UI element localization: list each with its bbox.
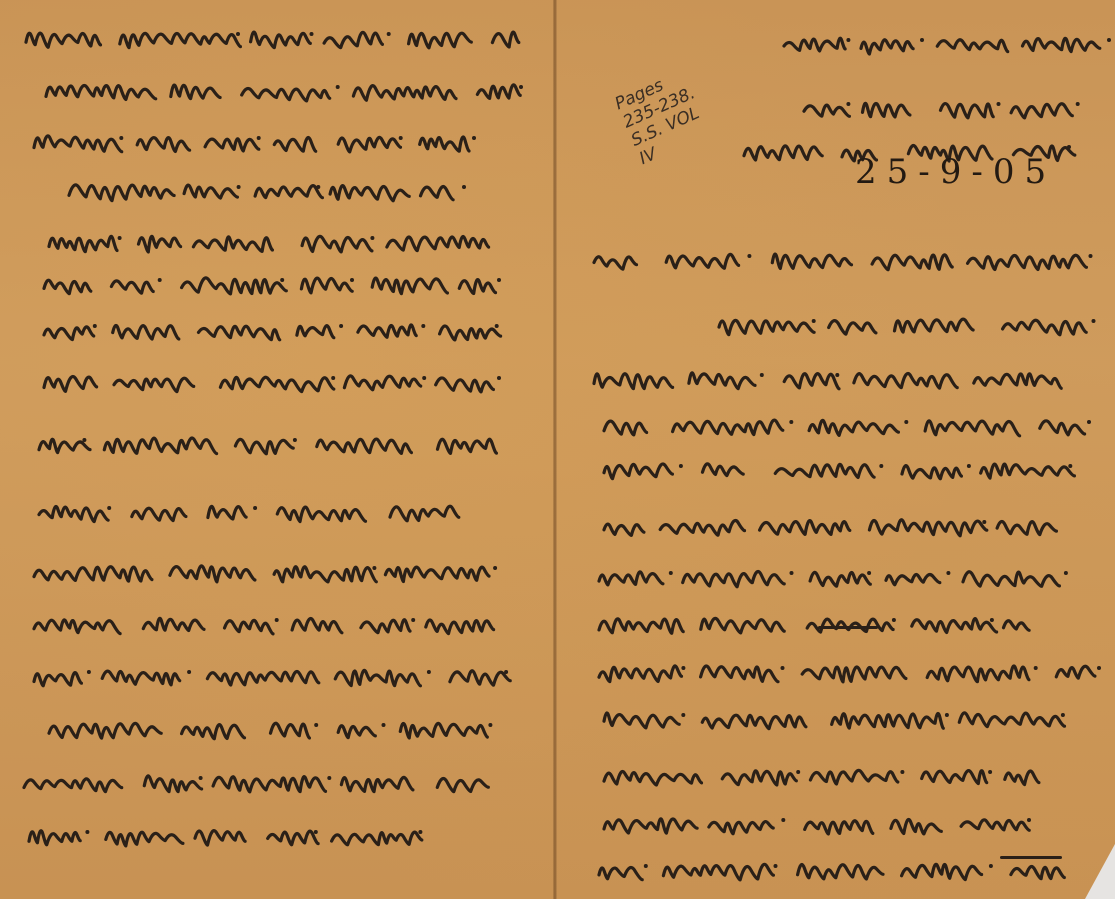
- closing-dash: [1000, 856, 1062, 859]
- handwritten-line: [20, 766, 500, 796]
- handwritten-line: [40, 268, 500, 298]
- handwritten-line: [30, 126, 475, 156]
- handwritten-line: [35, 496, 460, 526]
- handwritten-line: [600, 454, 1095, 484]
- handwritten-line: [595, 608, 1030, 638]
- handwritten-line: [780, 28, 1110, 58]
- handwritten-line: [600, 808, 1030, 838]
- handwritten-line: [600, 760, 1040, 790]
- handwritten-line: [42, 75, 522, 105]
- letter-date: 25-9-05: [855, 152, 1056, 192]
- handwritten-line: [715, 309, 1115, 339]
- page-fold: [553, 0, 557, 899]
- handwritten-line: [600, 510, 1090, 540]
- handwritten-line: [45, 713, 495, 743]
- handwritten-line: [65, 175, 465, 205]
- handwritten-line: [595, 561, 1095, 591]
- handwritten-line: [30, 608, 495, 638]
- torn-corner: [1085, 844, 1115, 899]
- handwritten-line: [600, 410, 1090, 440]
- handwritten-line: [40, 366, 500, 396]
- handwritten-line: [595, 854, 1065, 884]
- handwritten-line: [25, 820, 455, 850]
- handwritten-line: [595, 656, 1100, 686]
- handwritten-line: [35, 428, 505, 458]
- handwritten-line: [40, 314, 510, 344]
- handwritten-line: [800, 92, 1100, 122]
- handwritten-line: [30, 556, 500, 586]
- handwritten-line: [22, 22, 527, 52]
- handwritten-line: [45, 226, 515, 256]
- handwritten-line: [590, 363, 1100, 393]
- handwritten-line: [590, 244, 1115, 274]
- ink-underline: [818, 626, 878, 629]
- handwritten-line: [600, 703, 1080, 733]
- scanned-letter: Pages 235-238. S.S. VOL IV 25-9-05: [0, 0, 1115, 899]
- handwritten-line: [30, 660, 510, 690]
